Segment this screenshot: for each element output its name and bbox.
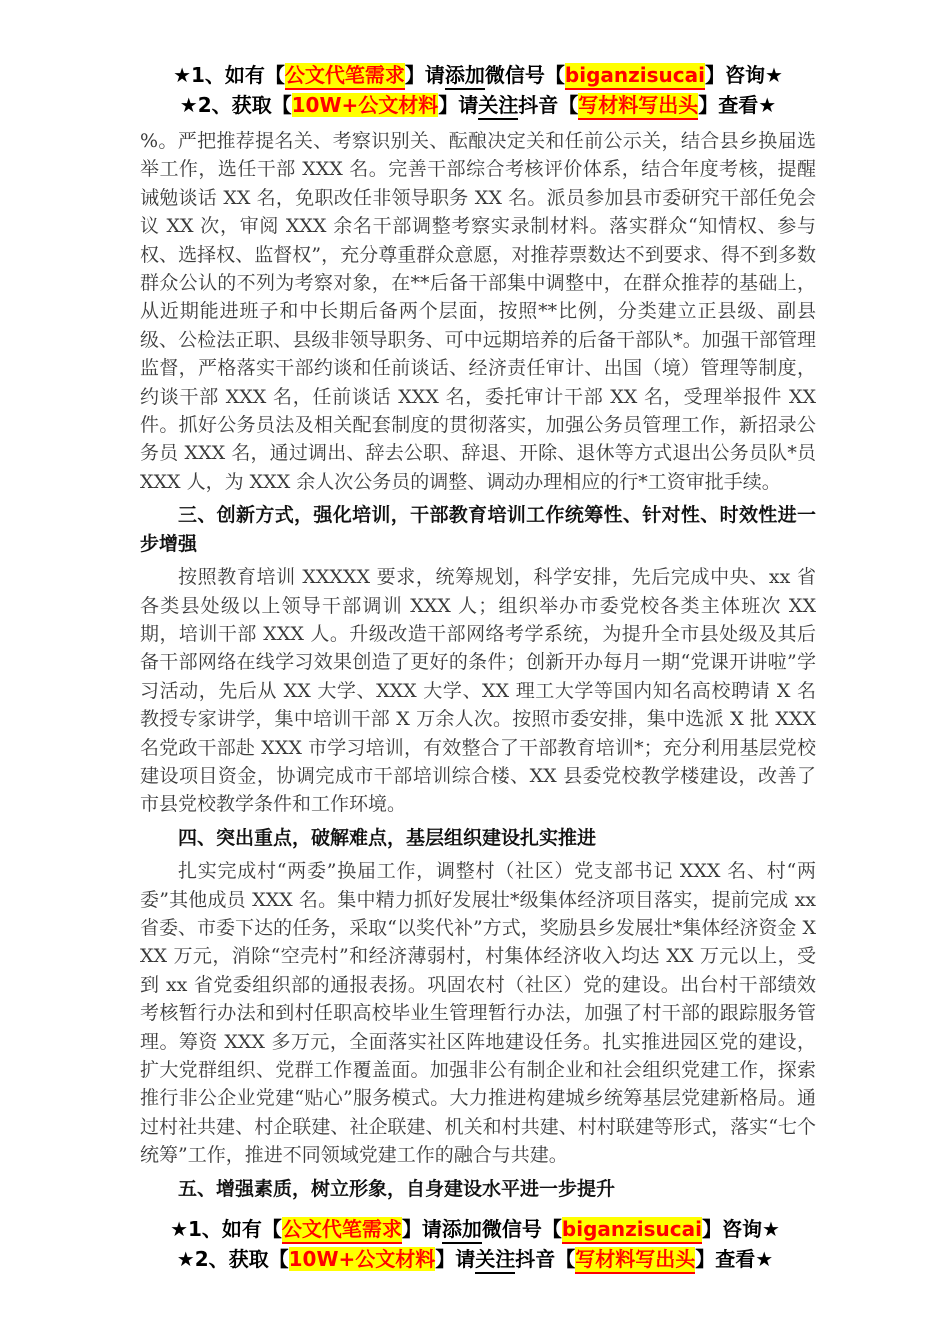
banner-bottom-line-1: ★1、如有【公文代笔需求】请添加微信号【biganzisucai】咨询★: [0, 1214, 950, 1244]
banner2-after-highlight: 】请: [438, 93, 478, 117]
banner1-after-highlight: 】请: [402, 1217, 442, 1241]
banner1-underlined-add: 添加: [445, 63, 485, 90]
banner1-highlight-service: 公文代笔需求: [282, 1217, 402, 1244]
banner1-prefix: ★1、如有【: [173, 63, 285, 87]
section-heading-4: 四、突出重点，破解难点，基层组织建设扎实推进: [140, 824, 816, 852]
document-body: %。严把推荐提名关、考察识别关、酝酿决定关和任前公示关，结合县乡换届选举工作，选…: [140, 127, 816, 1203]
section-heading-5: 五、增强素质，树立形象，自身建设水平进一步提升: [140, 1175, 816, 1203]
banner2-middle: 抖音【: [518, 93, 578, 117]
banner2-prefix: ★2、获取【: [180, 93, 292, 117]
banner2-after-highlight: 】请: [435, 1247, 475, 1271]
body-paragraph-2: 按照教育培训 XXXXX 要求，统筹规划，科学安排，先后完成中央、xx 省各类县…: [140, 563, 816, 819]
body-paragraph-1: %。严把推荐提名关、考察识别关、酝酿决定关和任前公示关，结合县乡换届选举工作，选…: [140, 127, 816, 496]
banner2-underlined-follow: 关注: [478, 93, 518, 120]
banner-top-line-2: ★2、获取【10W+公文材料】请关注抖音【写材料写出头】查看★: [140, 90, 816, 120]
banner2-suffix: 】查看★: [698, 93, 776, 117]
banner1-suffix: 】咨询★: [705, 63, 783, 87]
document-page: ★1、如有【公文代笔需求】请添加微信号【biganzisucai】咨询★ ★2、…: [0, 0, 950, 1344]
banner-bottom-line-2: ★2、获取【10W+公文材料】请关注抖音【写材料写出头】查看★: [0, 1244, 950, 1274]
section-heading-3: 三、创新方式，强化培训，干部教育培训工作统筹性、针对性、时效性进一步增强: [140, 501, 816, 558]
banner1-suffix: 】咨询★: [702, 1217, 780, 1241]
banner2-highlight-materials: 10W+公文材料: [292, 93, 439, 117]
promo-banner-top: ★1、如有【公文代笔需求】请添加微信号【biganzisucai】咨询★ ★2、…: [140, 60, 816, 120]
banner2-highlight-materials: 10W+公文材料: [289, 1247, 436, 1271]
banner-top-line-1: ★1、如有【公文代笔需求】请添加微信号【biganzisucai】咨询★: [140, 60, 816, 90]
banner1-prefix: ★1、如有【: [170, 1217, 282, 1241]
banner2-suffix: 】查看★: [695, 1247, 773, 1271]
banner2-douyin-name: 写材料写出头: [578, 93, 698, 120]
banner1-middle: 微信号【: [482, 1217, 562, 1241]
banner1-wechat-id: biganzisucai: [565, 63, 705, 90]
banner2-douyin-name: 写材料写出头: [575, 1247, 695, 1274]
banner2-middle: 抖音【: [515, 1247, 575, 1271]
body-paragraph-3: 扎实完成村“两委”换届工作，调整村（社区）党支部书记 XXX 名、村“两委”其他…: [140, 857, 816, 1169]
promo-banner-bottom: ★1、如有【公文代笔需求】请添加微信号【biganzisucai】咨询★ ★2、…: [0, 1214, 950, 1274]
banner1-highlight-service: 公文代笔需求: [285, 63, 405, 90]
banner1-wechat-id: biganzisucai: [562, 1217, 702, 1244]
banner1-underlined-add: 添加: [442, 1217, 482, 1244]
banner2-underlined-follow: 关注: [475, 1247, 515, 1274]
banner2-prefix: ★2、获取【: [177, 1247, 289, 1271]
banner1-after-highlight: 】请: [405, 63, 445, 87]
banner1-middle: 微信号【: [485, 63, 565, 87]
